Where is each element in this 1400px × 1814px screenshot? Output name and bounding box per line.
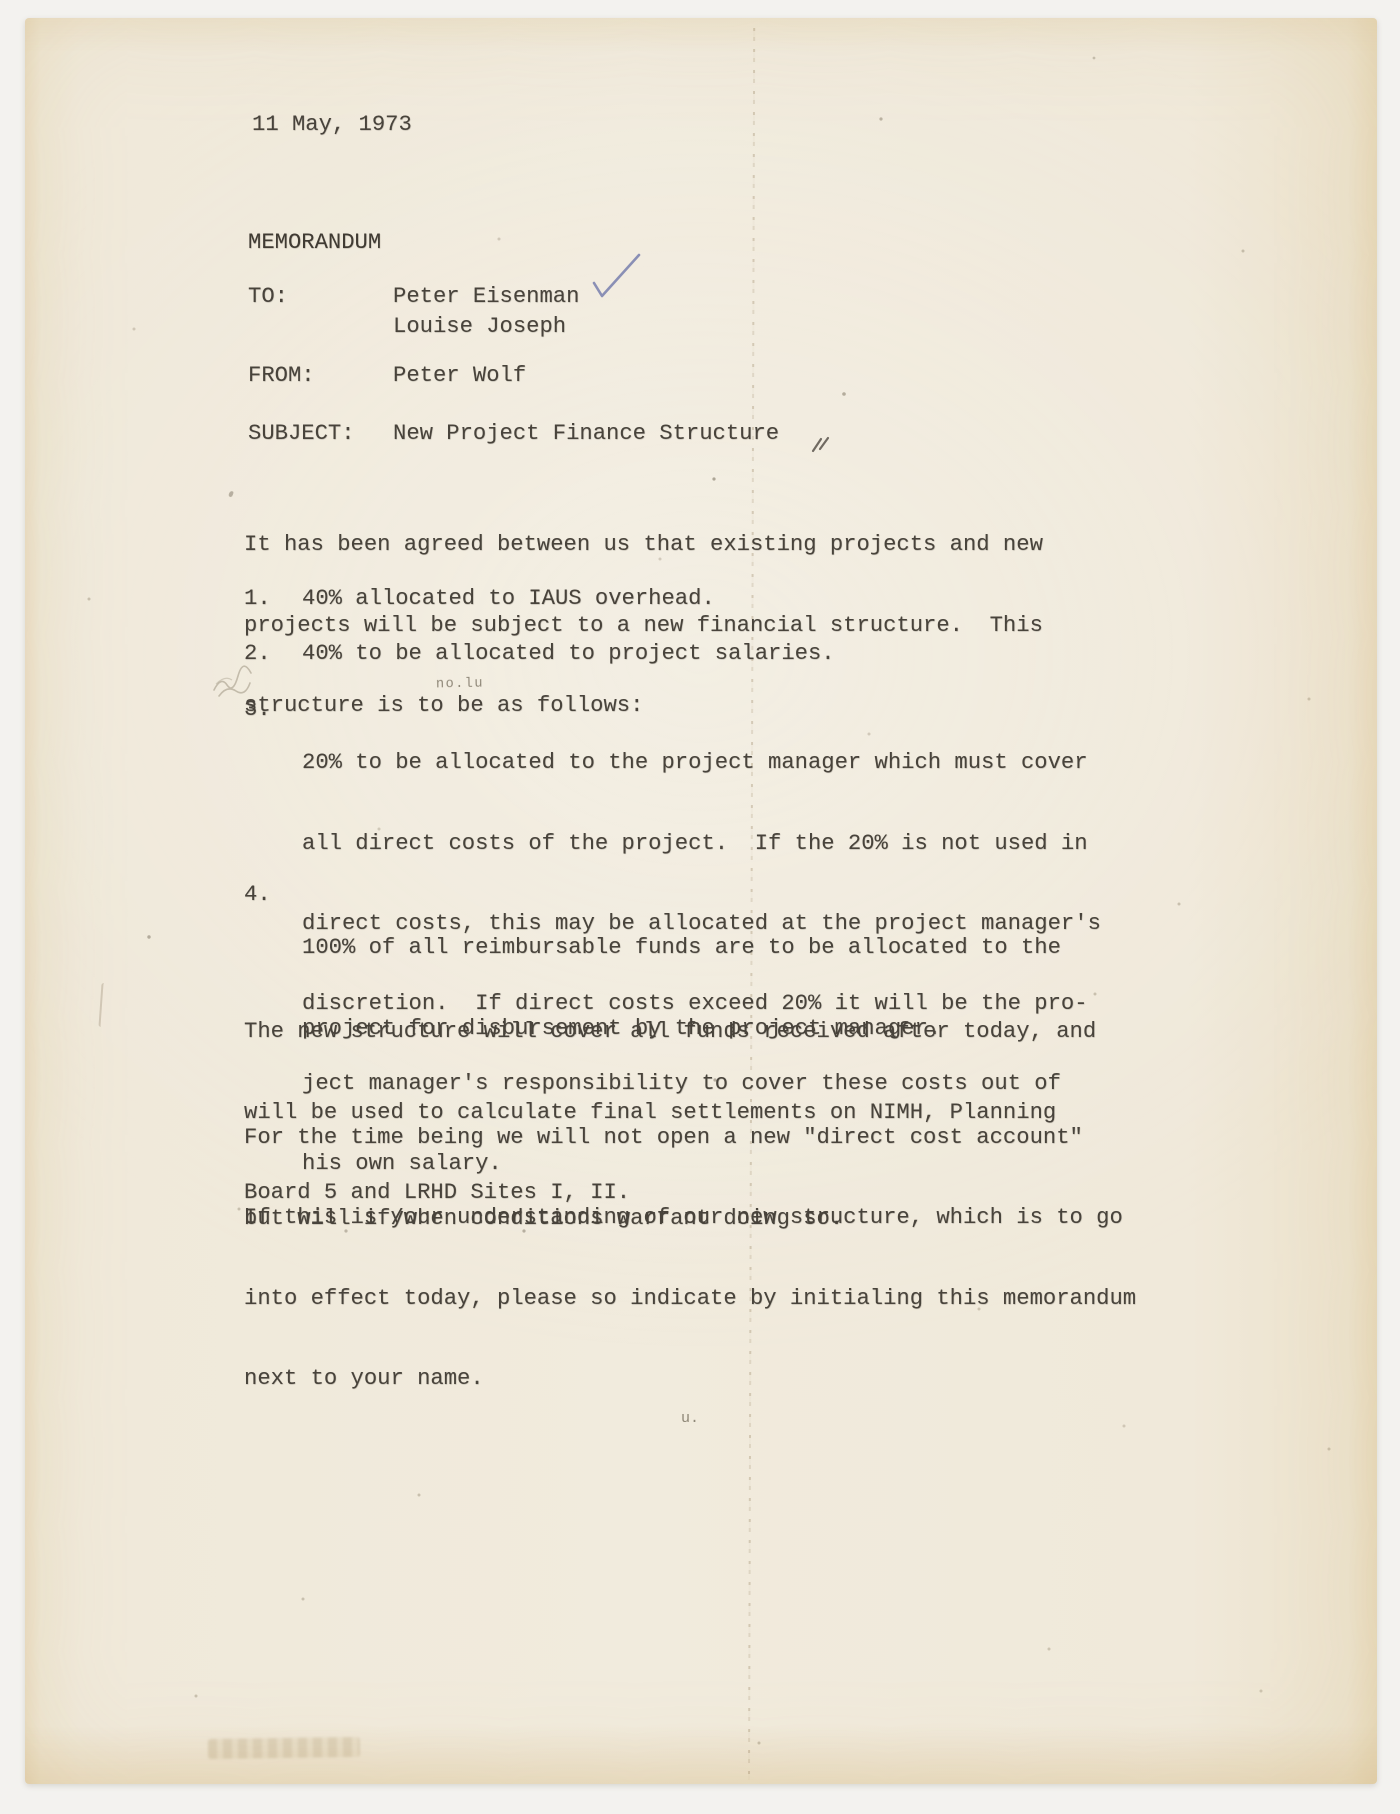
closing-line: The new structure will cover all funds r… bbox=[244, 1019, 1096, 1046]
from-label: FROM: bbox=[248, 363, 315, 390]
item-number: 1. bbox=[244, 586, 271, 613]
closing-line: If this is your understanding of our new… bbox=[244, 1205, 1136, 1232]
paper-specks bbox=[0, 0, 2, 2]
to-name: Peter Eisenman bbox=[393, 284, 579, 311]
item-line: all direct costs of the project. If the … bbox=[302, 831, 1101, 858]
intro-line: projects will be subject to a new financ… bbox=[244, 613, 1043, 640]
subject-text: New Project Finance Structure bbox=[393, 421, 779, 448]
subject-label: SUBJECT: bbox=[248, 421, 355, 448]
scanned-memo-screenshot: { "page": { "background_color": "#f3f2ef… bbox=[0, 0, 1400, 1814]
memo-title: MEMORANDUM bbox=[248, 230, 381, 257]
pen-checkmark-icon bbox=[590, 252, 642, 302]
pencil-note: no.lu bbox=[436, 677, 484, 693]
pen-tick-mark bbox=[810, 432, 834, 456]
closing-line: next to your name. bbox=[244, 1366, 1136, 1393]
pencil-smudge bbox=[210, 660, 266, 702]
memo-date: 11 May, 1973 bbox=[252, 112, 412, 139]
to-label: TO: bbox=[248, 284, 288, 311]
to-name: Louise Joseph bbox=[393, 314, 566, 341]
from-name: Peter Wolf bbox=[393, 363, 526, 390]
closing-paragraph: If this is your understanding of our new… bbox=[244, 1152, 1136, 1419]
intro-line: It has been agreed between us that exist… bbox=[244, 532, 1043, 559]
item-number: 4. bbox=[244, 882, 271, 909]
closing-line: into effect today, please so indicate by… bbox=[244, 1286, 1136, 1313]
closing-line: For the time being we will not open a ne… bbox=[244, 1125, 1083, 1152]
item-line: 40% to be allocated to project salaries. bbox=[302, 641, 835, 668]
item-line: 40% allocated to IAUS overhead. bbox=[302, 586, 715, 613]
item-line: 100% of all reimbursable funds are to be… bbox=[302, 935, 1061, 962]
item-line: 20% to be allocated to the project manag… bbox=[302, 750, 1101, 777]
pencil-margin-mark: u. bbox=[681, 1410, 699, 1427]
faded-stamp bbox=[208, 1737, 360, 1759]
